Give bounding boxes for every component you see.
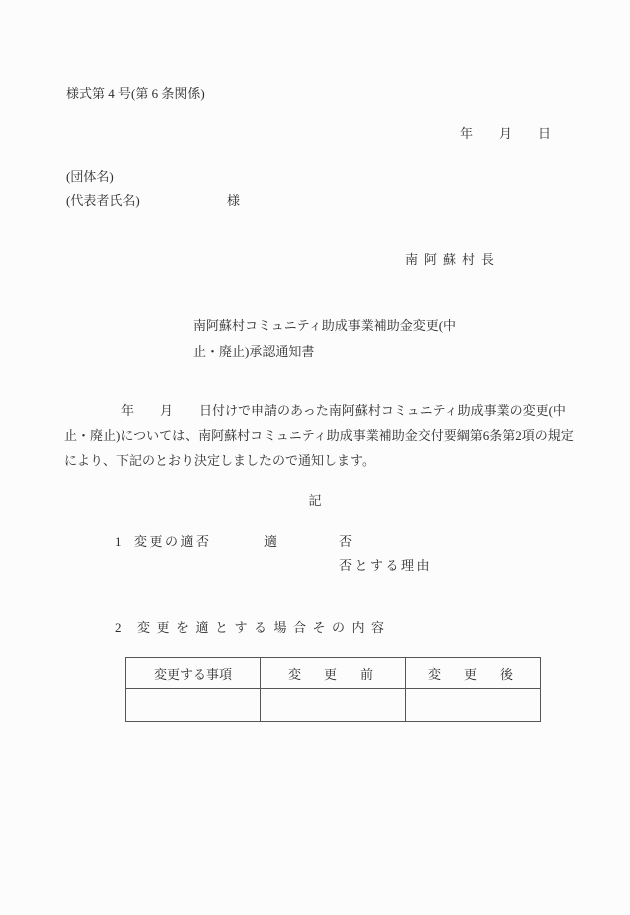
- form-number: 様式第 4 号(第 6 条関係): [66, 86, 205, 102]
- record-marker: 記: [0, 490, 630, 509]
- sender-name: 南阿蘇村長: [405, 252, 500, 268]
- body-line3: により、下記のとおり決定しましたので通知します。: [64, 453, 375, 469]
- body-line1: 年 月 日付けで申請のあった南阿蘇村コミュニティ助成事業の変更(中: [66, 403, 566, 419]
- section2-number: 2: [115, 620, 122, 636]
- table-cell-item: [126, 689, 261, 722]
- body-line2: 止・廃止)については、南阿蘇村コミュニティ助成事業補助金交付要綱第6条第2項の規…: [64, 428, 574, 444]
- section1-number: 1: [115, 534, 122, 550]
- table-header-row: 変更する事項 変 更 前 変 更 後: [126, 658, 541, 689]
- recipient-rep-label: (代表者氏名): [66, 193, 140, 209]
- section1-deny-reason-label: 否とする理由: [339, 558, 432, 574]
- table-cell-after: [406, 689, 541, 722]
- table-header-before: 変 更 前: [261, 658, 406, 689]
- recipient-honorific: 様: [227, 193, 240, 209]
- date-line: 年 月 日: [460, 126, 551, 142]
- document-page: 様式第 4 号(第 6 条関係) 年 月 日 (団体名) (代表者氏名) 様 南…: [0, 0, 630, 915]
- table-header-item: 変更する事項: [126, 658, 261, 689]
- table-header-after: 変 更 後: [406, 658, 541, 689]
- document-title-line1: 南阿蘇村コミュニティ助成事業補助金変更(中: [193, 318, 456, 334]
- section1-option-approve: 適: [264, 534, 277, 550]
- section2-label: 変更を適とする場合その内容: [137, 620, 391, 636]
- recipient-org-label: (団体名): [66, 169, 114, 185]
- change-details-table: 変更する事項 変 更 前 変 更 後: [125, 657, 541, 722]
- section1-label: 変更の適否: [134, 534, 212, 550]
- table-row: [126, 689, 541, 722]
- table-cell-before: [261, 689, 406, 722]
- document-title-line2: 止・廃止)承認通知書: [193, 344, 314, 360]
- section1-option-deny: 否: [339, 534, 352, 550]
